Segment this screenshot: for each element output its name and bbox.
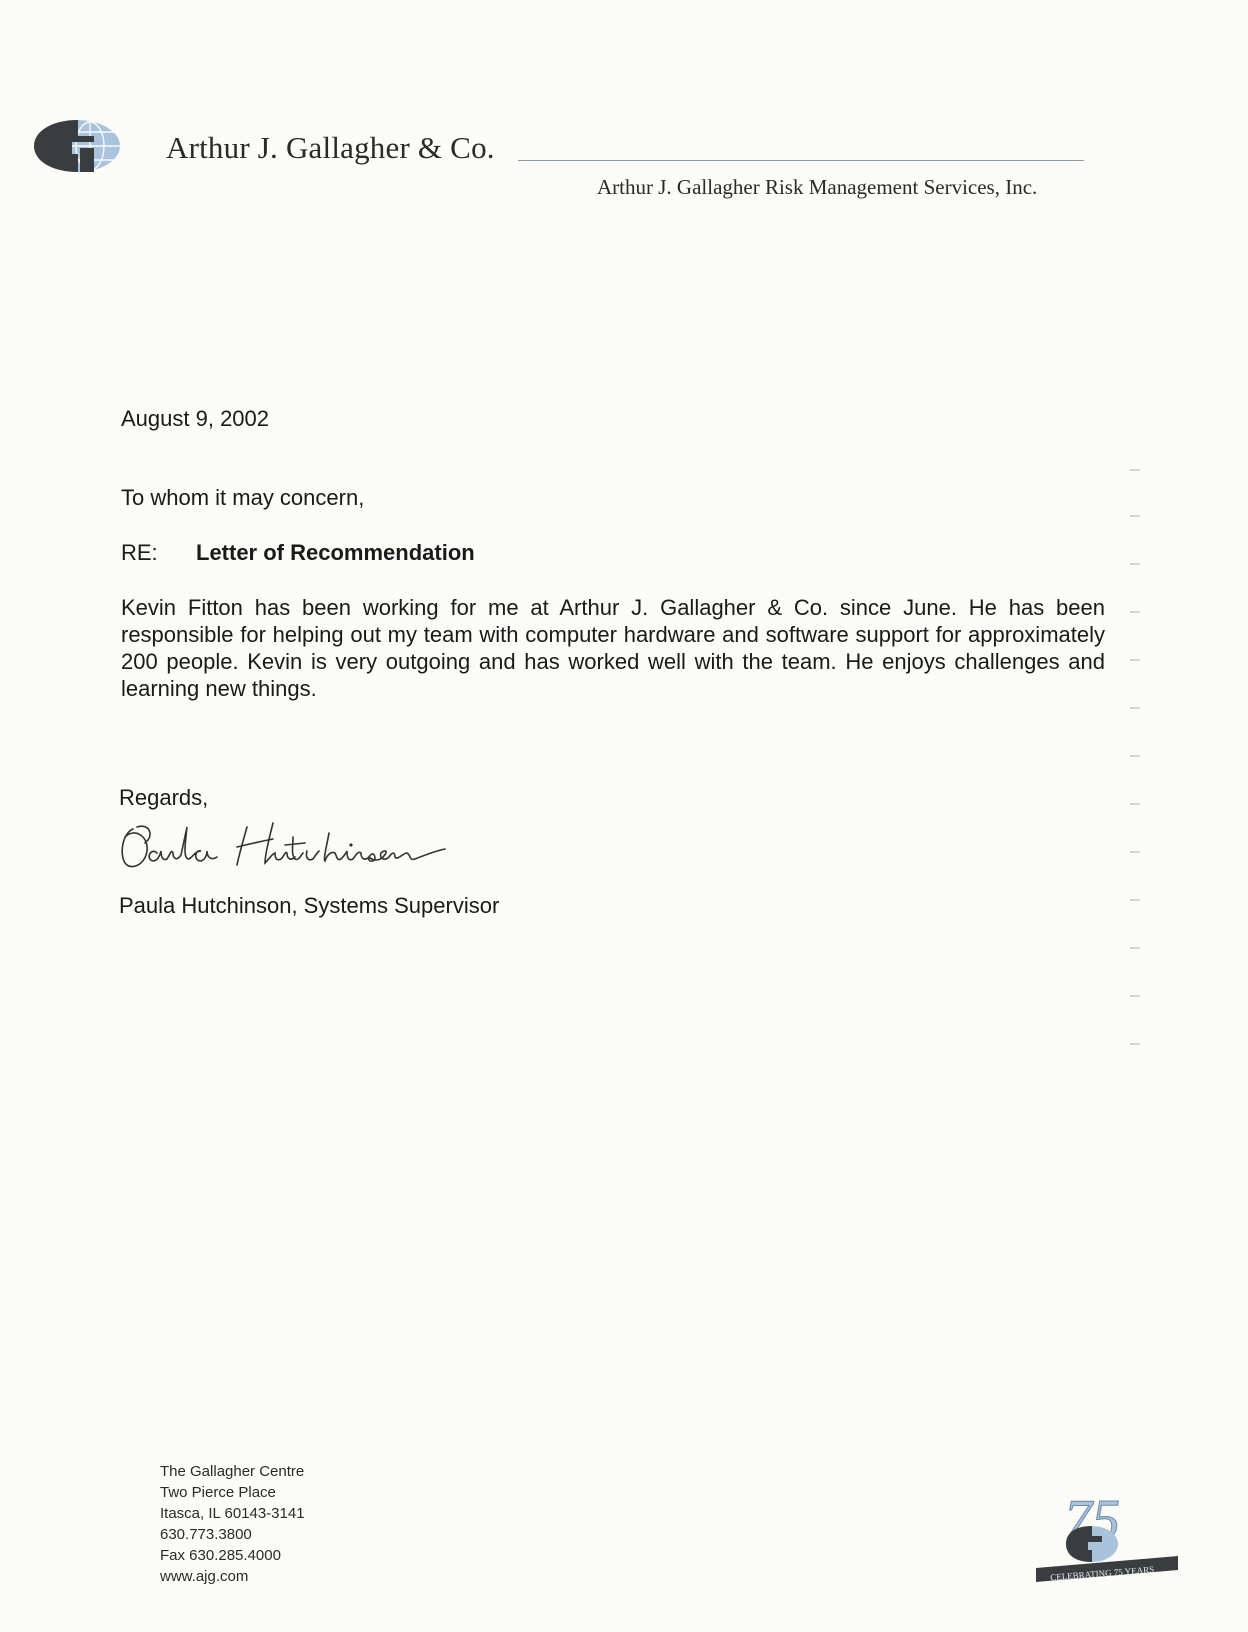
letter-body: Kevin Fitton has been working for me at … (121, 594, 1105, 702)
gallagher-logo-icon (32, 118, 122, 174)
signature-icon (115, 815, 485, 875)
address-line: Itasca, IL 60143-3141 (160, 1503, 305, 1524)
address-line: The Gallagher Centre (160, 1461, 305, 1482)
header-rule (518, 160, 1084, 161)
signer-name-title: Paula Hutchinson, Systems Supervisor (119, 893, 499, 919)
company-name: Arthur J. Gallagher & Co. (166, 130, 495, 166)
closing: Regards, (119, 785, 208, 811)
anniversary-75-logo-icon: 75 CELEBRATING 75 YEARS (1032, 1488, 1182, 1586)
letter-date: August 9, 2002 (121, 406, 269, 432)
re-subject: Letter of Recommendation (196, 540, 475, 566)
footer-address: The Gallagher Centre Two Pierce Place It… (160, 1461, 305, 1587)
scan-edge-marks (1128, 460, 1142, 1060)
subsidiary-name: Arthur J. Gallagher Risk Management Serv… (597, 175, 1037, 200)
re-label: RE: (121, 540, 158, 566)
address-line: Two Pierce Place (160, 1482, 305, 1503)
salutation: To whom it may concern, (121, 485, 364, 511)
phone-number: 630.773.3800 (160, 1524, 305, 1545)
website-link: www.ajg.com (160, 1566, 305, 1587)
fax-number: Fax 630.285.4000 (160, 1545, 305, 1566)
